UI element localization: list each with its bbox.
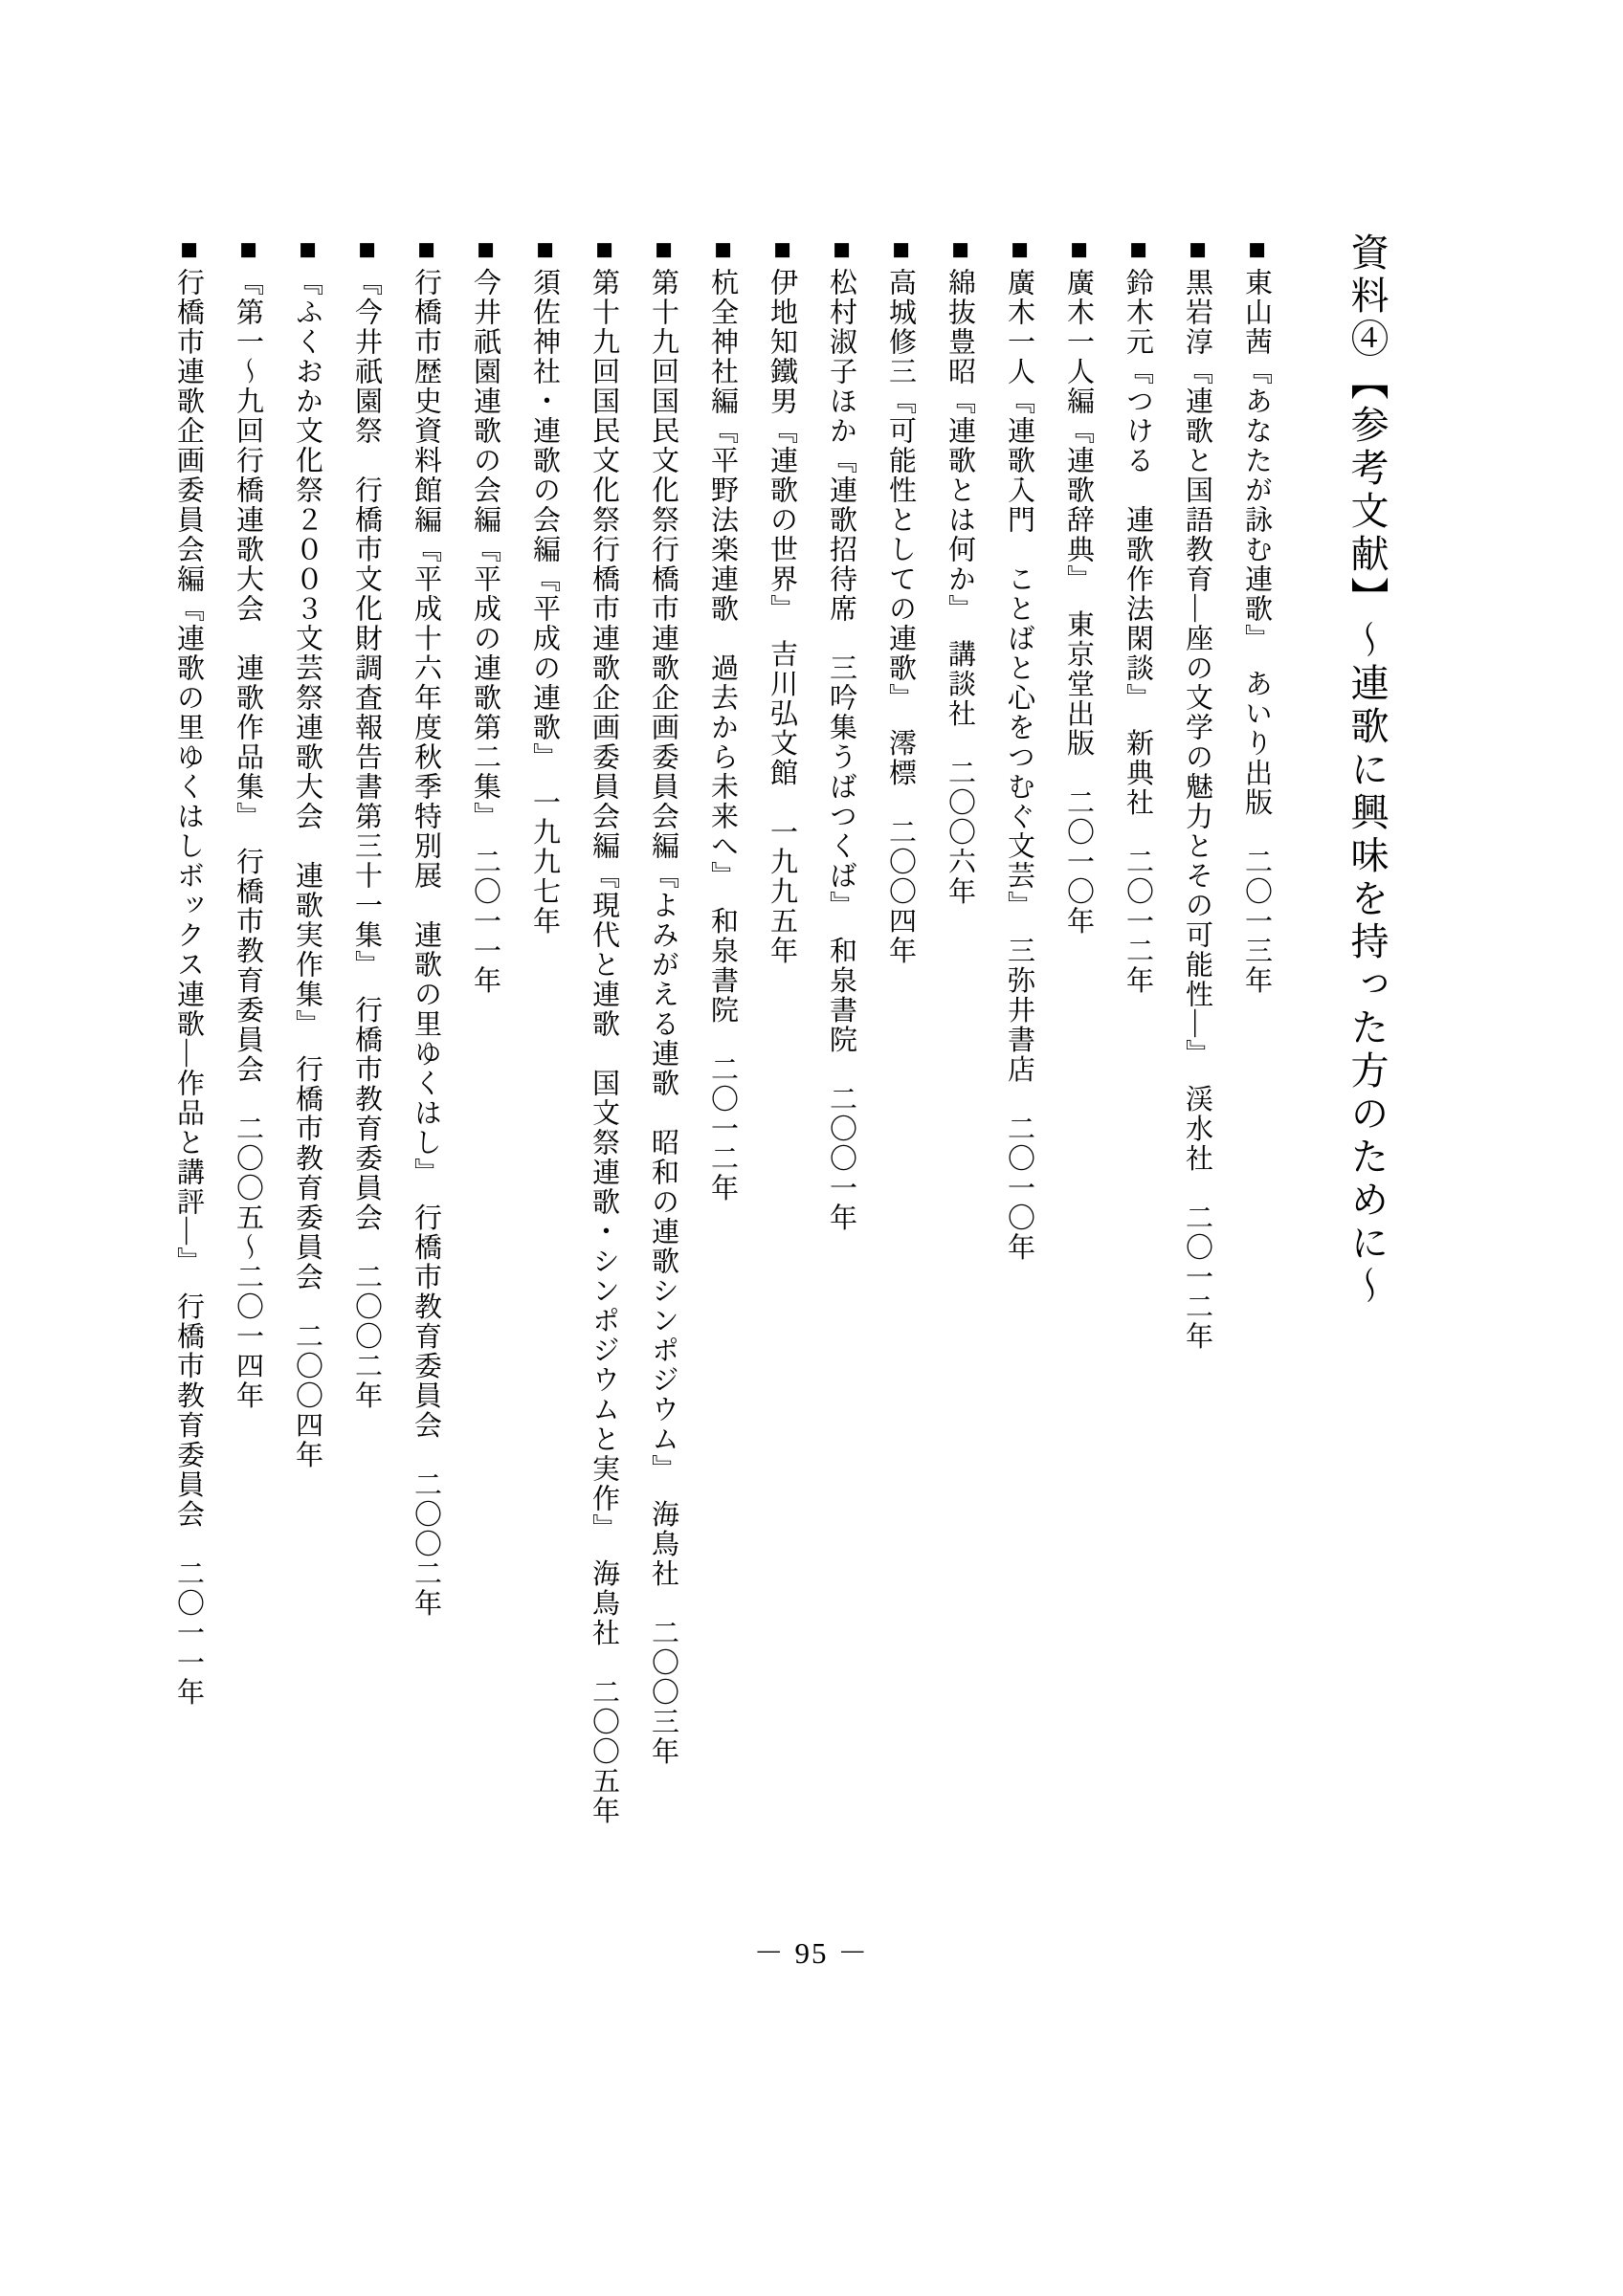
entry-text: 行橋市連歌企画委員会編『連歌の里ゆくはしボックス連歌―作品と講評―』 行橋市教育… bbox=[173, 268, 204, 1708]
bibliography-entry: ■廣木一人『連歌入門 ことばと心をつむぐ文芸』 三弥井書店 二〇一〇年 bbox=[989, 232, 1049, 1859]
bibliography-entry: ■綿抜豊昭『連歌とは何か』 講談社 二〇〇六年 bbox=[930, 232, 989, 1859]
square-bullet-icon: ■ bbox=[291, 232, 324, 268]
page-title: 資料④【参考文献】～連歌に興味を持った方のために～ bbox=[1332, 232, 1401, 1859]
bibliography-entry: ■『ふくおか文化祭２００３文芸祭連歌大会 連歌実作集』 行橋市教育委員会 二〇〇… bbox=[278, 232, 337, 1859]
bibliography-entry: ■東山茜『あなたが詠む連歌』 あいり出版 二〇一三年 bbox=[1227, 232, 1286, 1859]
entry-text: 須佐神社・連歌の会編『平成の連歌』 一九九七年 bbox=[529, 268, 560, 937]
page-footer: － 95 － bbox=[0, 1929, 1623, 1972]
square-bullet-icon: ■ bbox=[469, 232, 502, 268]
square-bullet-icon: ■ bbox=[1003, 232, 1036, 268]
bibliography-entry: ■杭全神社編『平野法楽連歌 過去から未来へ』 和泉書院 二〇一二年 bbox=[693, 232, 752, 1859]
bibliography-entry: ■松村淑子ほか『連歌招待席 三吟集うばつくば』 和泉書院 二〇〇一年 bbox=[811, 232, 871, 1859]
entry-text: 行橋市歴史資料館編『平成十六年度秋季特別展 連歌の里ゆくはし』 行橋市教育委員会… bbox=[411, 268, 441, 1619]
bibliography-entry: ■鈴木元『つける 連歌作法閑談』 新典社 二〇一二年 bbox=[1108, 232, 1167, 1859]
entry-text: 鈴木元『つける 連歌作法閑談』 新典社 二〇一二年 bbox=[1123, 268, 1153, 996]
entry-text: 松村淑子ほか『連歌招待席 三吟集うばつくば』 和泉書院 二〇〇一年 bbox=[826, 268, 856, 1233]
square-bullet-icon: ■ bbox=[944, 232, 977, 268]
square-bullet-icon: ■ bbox=[766, 232, 799, 268]
square-bullet-icon: ■ bbox=[647, 232, 680, 268]
entry-text: 杭全神社編『平野法楽連歌 過去から未来へ』 和泉書院 二〇一二年 bbox=[707, 268, 738, 1203]
entry-text: 廣木一人編『連歌辞典』 東京堂出版 二〇一〇年 bbox=[1063, 268, 1094, 937]
entry-text: 今井祇園連歌の会編『平成の連歌第二集』 二〇一一年 bbox=[470, 268, 500, 996]
square-bullet-icon: ■ bbox=[1062, 232, 1096, 268]
reference-list: 資料④【参考文献】～連歌に興味を持った方のために～ ■東山茜『あなたが詠む連歌』… bbox=[159, 232, 1401, 1859]
bibliography-entry: ■須佐神社・連歌の会編『平成の連歌』 一九九七年 bbox=[515, 232, 574, 1859]
document-page: 資料④【参考文献】～連歌に興味を持った方のために～ ■東山茜『あなたが詠む連歌』… bbox=[0, 0, 1623, 2296]
bibliography-entry: ■『今井祇園祭 行橋市文化財調査報告書第三十一集』 行橋市教育委員会 二〇〇二年 bbox=[337, 232, 396, 1859]
bibliography-entry: ■第十九回国民文化祭行橋市連歌企画委員会編『よみがえる連歌 昭和の連歌シンポジウ… bbox=[634, 232, 693, 1859]
bibliography-entry: ■伊地知鐵男『連歌の世界』 吉川弘文館 一九九五年 bbox=[752, 232, 811, 1859]
entry-text: 廣木一人『連歌入門 ことばと心をつむぐ文芸』 三弥井書店 二〇一〇年 bbox=[1004, 268, 1034, 1263]
entry-text: 東山茜『あなたが詠む連歌』 あいり出版 二〇一三年 bbox=[1241, 268, 1272, 996]
entry-text: 黒岩淳『連歌と国語教育―座の文学の魅力とその可能性―』 渓水社 二〇一二年 bbox=[1182, 268, 1212, 1352]
entry-text: 高城修三『可能性としての連歌』 澪標 二〇〇四年 bbox=[885, 268, 916, 966]
square-bullet-icon: ■ bbox=[172, 232, 206, 268]
bibliography-entry: ■第十九回国民文化祭行橋市連歌企画委員会編『現代と連歌 国文祭連歌・シンポジウム… bbox=[574, 232, 634, 1859]
bibliography-entry: ■行橋市歴史資料館編『平成十六年度秋季特別展 連歌の里ゆくはし』 行橋市教育委員… bbox=[396, 232, 456, 1859]
square-bullet-icon: ■ bbox=[706, 232, 740, 268]
square-bullet-icon: ■ bbox=[232, 232, 265, 268]
square-bullet-icon: ■ bbox=[528, 232, 562, 268]
square-bullet-icon: ■ bbox=[884, 232, 918, 268]
entry-text: 第十九回国民文化祭行橋市連歌企画委員会編『よみがえる連歌 昭和の連歌シンポジウム… bbox=[648, 268, 678, 1767]
entry-text: 第十九回国民文化祭行橋市連歌企画委員会編『現代と連歌 国文祭連歌・シンポジウムと… bbox=[589, 268, 619, 1826]
entry-text: 『今井祇園祭 行橋市文化財調査報告書第三十一集』 行橋市教育委員会 二〇〇二年 bbox=[351, 268, 382, 1411]
bibliography-entry: ■今井祇園連歌の会編『平成の連歌第二集』 二〇一一年 bbox=[456, 232, 515, 1859]
page-number: － 95 － bbox=[754, 1936, 870, 1970]
square-bullet-icon: ■ bbox=[1240, 232, 1274, 268]
entry-text: 『ふくおか文化祭２００３文芸祭連歌大会 連歌実作集』 行橋市教育委員会 二〇〇四… bbox=[292, 268, 322, 1470]
square-bullet-icon: ■ bbox=[825, 232, 858, 268]
square-bullet-icon: ■ bbox=[350, 232, 384, 268]
square-bullet-icon: ■ bbox=[410, 232, 443, 268]
bibliography-entry: ■『第一～九回行橋連歌大会 連歌作品集』 行橋市教育委員会 二〇〇五～二〇一四年 bbox=[218, 232, 278, 1859]
bibliography-entry: ■高城修三『可能性としての連歌』 澪標 二〇〇四年 bbox=[871, 232, 930, 1859]
bibliography-entry: ■黒岩淳『連歌と国語教育―座の文学の魅力とその可能性―』 渓水社 二〇一二年 bbox=[1167, 232, 1227, 1859]
square-bullet-icon: ■ bbox=[588, 232, 621, 268]
bibliography-entry: ■廣木一人編『連歌辞典』 東京堂出版 二〇一〇年 bbox=[1049, 232, 1108, 1859]
square-bullet-icon: ■ bbox=[1122, 232, 1155, 268]
entry-text: 伊地知鐵男『連歌の世界』 吉川弘文館 一九九五年 bbox=[767, 268, 797, 966]
entry-text: 『第一～九回行橋連歌大会 連歌作品集』 行橋市教育委員会 二〇〇五～二〇一四年 bbox=[233, 268, 263, 1411]
entry-text: 綿抜豊昭『連歌とは何か』 講談社 二〇〇六年 bbox=[945, 268, 975, 907]
bibliography-entry: ■行橋市連歌企画委員会編『連歌の里ゆくはしボックス連歌―作品と講評―』 行橋市教… bbox=[159, 232, 218, 1859]
square-bullet-icon: ■ bbox=[1181, 232, 1214, 268]
